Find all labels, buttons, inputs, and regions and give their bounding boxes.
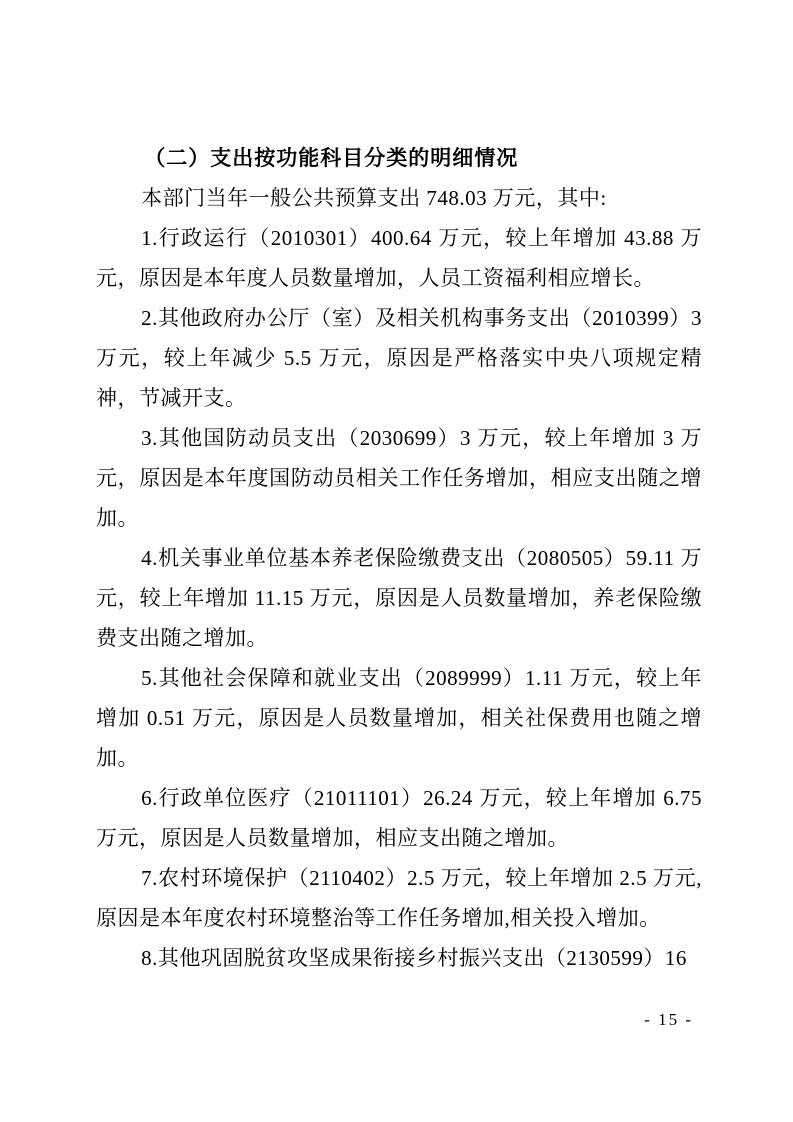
expenditure-item-8: 8.其他巩固脱贫攻坚成果衔接乡村振兴支出（2130599）16 [96, 938, 702, 978]
expenditure-item-1: 1.行政运行（2010301）400.64 万元，较上年增加 43.88 万元，… [96, 218, 702, 298]
intro-paragraph: 本部门当年一般公共预算支出 748.03 万元，其中: [96, 178, 702, 218]
expenditure-item-5: 5.其他社会保障和就业支出（2089999）1.11 万元，较上年增加 0.51… [96, 658, 702, 778]
expenditure-item-7: 7.农村环境保护（2110402）2.5 万元，较上年增加 2.5 万元,原因是… [96, 858, 702, 938]
expenditure-item-4: 4.机关事业单位基本养老保险缴费支出（2080505）59.11 万元，较上年增… [96, 538, 702, 658]
document-page: （二）支出按功能科目分类的明细情况 本部门当年一般公共预算支出 748.03 万… [0, 0, 793, 1122]
document-body: （二）支出按功能科目分类的明细情况 本部门当年一般公共预算支出 748.03 万… [96, 138, 702, 978]
expenditure-item-3: 3.其他国防动员支出（2030699）3 万元，较上年增加 3 万元，原因是本年… [96, 418, 702, 538]
expenditure-item-6: 6.行政单位医疗（21011101）26.24 万元，较上年增加 6.75 万元… [96, 778, 702, 858]
expenditure-item-2: 2.其他政府办公厅（室）及相关机构事务支出（2010399）3 万元，较上年减少… [96, 298, 702, 418]
page-number: - 15 - [644, 1008, 693, 1032]
section-heading: （二）支出按功能科目分类的明细情况 [96, 138, 702, 178]
